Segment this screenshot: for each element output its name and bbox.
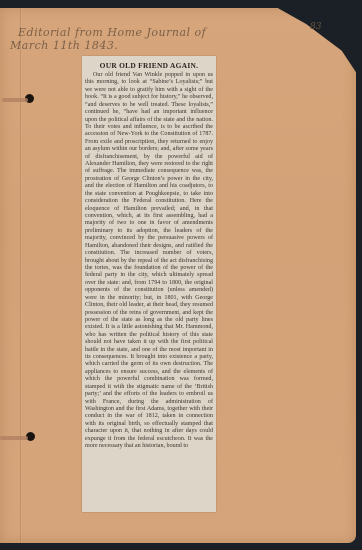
handwritten-annotation: Editorial from Home Journal of March 11t… — [10, 26, 340, 52]
binding-ring-bottom — [0, 436, 28, 440]
handwritten-line-2: March 11th 1843. — [10, 39, 340, 52]
clipping-body: Our old friend Van Winkle popped in upon… — [85, 72, 213, 451]
clipping-title: OUR OLD FRIEND AGAIN. — [85, 61, 213, 70]
newspaper-clipping: OUR OLD FRIEND AGAIN. Our old friend Van… — [82, 56, 216, 512]
binding-ring-top — [2, 98, 28, 102]
page-number: 83 — [310, 22, 321, 32]
page-fold-crease — [20, 8, 22, 543]
handwritten-line-1: Editorial from Home Journal of — [10, 26, 340, 39]
